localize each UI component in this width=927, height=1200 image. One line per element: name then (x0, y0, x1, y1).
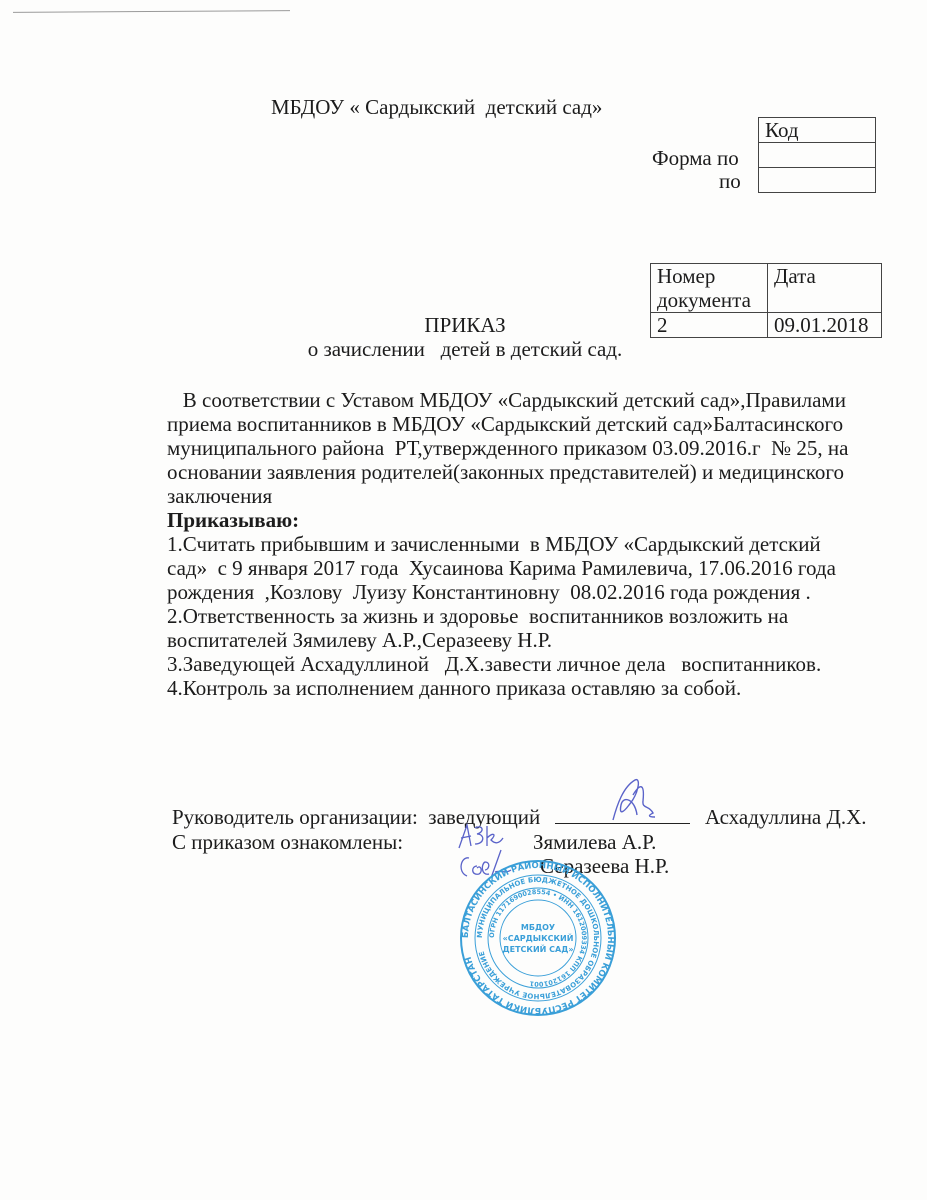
order-item-line: 3.Заведующей Асхадуллиной Д.Х.завести ли… (167, 652, 887, 676)
doc-number-value: 2 (651, 313, 768, 338)
doc-date-header: Дата (768, 264, 882, 313)
doc-number-header: Номер документа (651, 264, 768, 313)
preamble-line: муниципального района РТ,утвержденного п… (167, 436, 887, 460)
order-item-line: воспитателей Зямилеву А.Р.,Серазееву Н.Р… (167, 628, 887, 652)
order-item-line: сад» с 9 января 2017 года Хусаинова Кари… (167, 556, 887, 580)
svg-text:ДЕТСКИЙ САД»: ДЕТСКИЙ САД» (503, 943, 574, 954)
order-item-line: 4.Контроль за исполнением данного приказ… (167, 676, 887, 700)
code-table: Код (758, 117, 876, 193)
svg-text:«САРДЫКСКИЙ: «САРДЫКСКИЙ (503, 932, 574, 943)
form-label-forma-po: Форма по (652, 146, 739, 171)
preamble-line: В соответствии с Уставом МБДОУ «Сардыкск… (167, 388, 887, 412)
preamble-line: приема воспитанников в МБДОУ «Сардыкский… (167, 412, 887, 436)
official-stamp-icon: БАЛТАСИНСКИЙ РАЙОННЫЙ ИСПОЛНИТЕЛЬНЫЙ КОМ… (458, 858, 618, 1018)
order-item-line: 2.Ответственность за жизнь и здоровье во… (167, 604, 887, 628)
preamble-line: заключения (167, 484, 887, 508)
order-subtitle: о зачислении детей в детский сад. (290, 337, 640, 361)
scan-edge-line (13, 10, 290, 13)
svg-text:МБДОУ: МБДОУ (521, 923, 555, 932)
acquainted-label: С приказом ознакомлены: (172, 830, 403, 854)
form-label-po: по (719, 169, 741, 194)
signature-zyamileva-icon (455, 822, 505, 850)
organization-header: МБДОУ « Сардыкский детский сад» (271, 95, 602, 120)
order-item-line: рождения ,Козлову Луизу Константиновну 0… (167, 580, 887, 604)
order-title: ПРИКАЗ (290, 313, 640, 337)
doc-number-header-line2: документа (657, 288, 761, 312)
code-table-forma-value (759, 143, 876, 168)
order-item-line: 1.Считать прибывшим и зачисленными в МБД… (167, 532, 887, 556)
document-number-table: Номер документа Дата 2 09.01.2018 (650, 263, 882, 338)
code-table-po-value (759, 168, 876, 193)
order-heading: Приказываю: (167, 508, 887, 532)
order-body: В соответствии с Уставом МБДОУ «Сардыкск… (167, 388, 887, 700)
code-table-header: Код (759, 118, 876, 143)
preamble-line: основании заявления родителей(законных п… (167, 460, 887, 484)
acquainted-name-1: Зямилева А.Р. (533, 830, 656, 854)
doc-date-value: 09.01.2018 (768, 313, 882, 338)
order-title-block: ПРИКАЗ о зачислении детей в детский сад. (290, 313, 640, 361)
doc-number-header-line1: Номер (657, 264, 761, 288)
head-signature-icon (605, 775, 665, 825)
head-name: Асхадуллина Д.Х. (705, 805, 867, 829)
